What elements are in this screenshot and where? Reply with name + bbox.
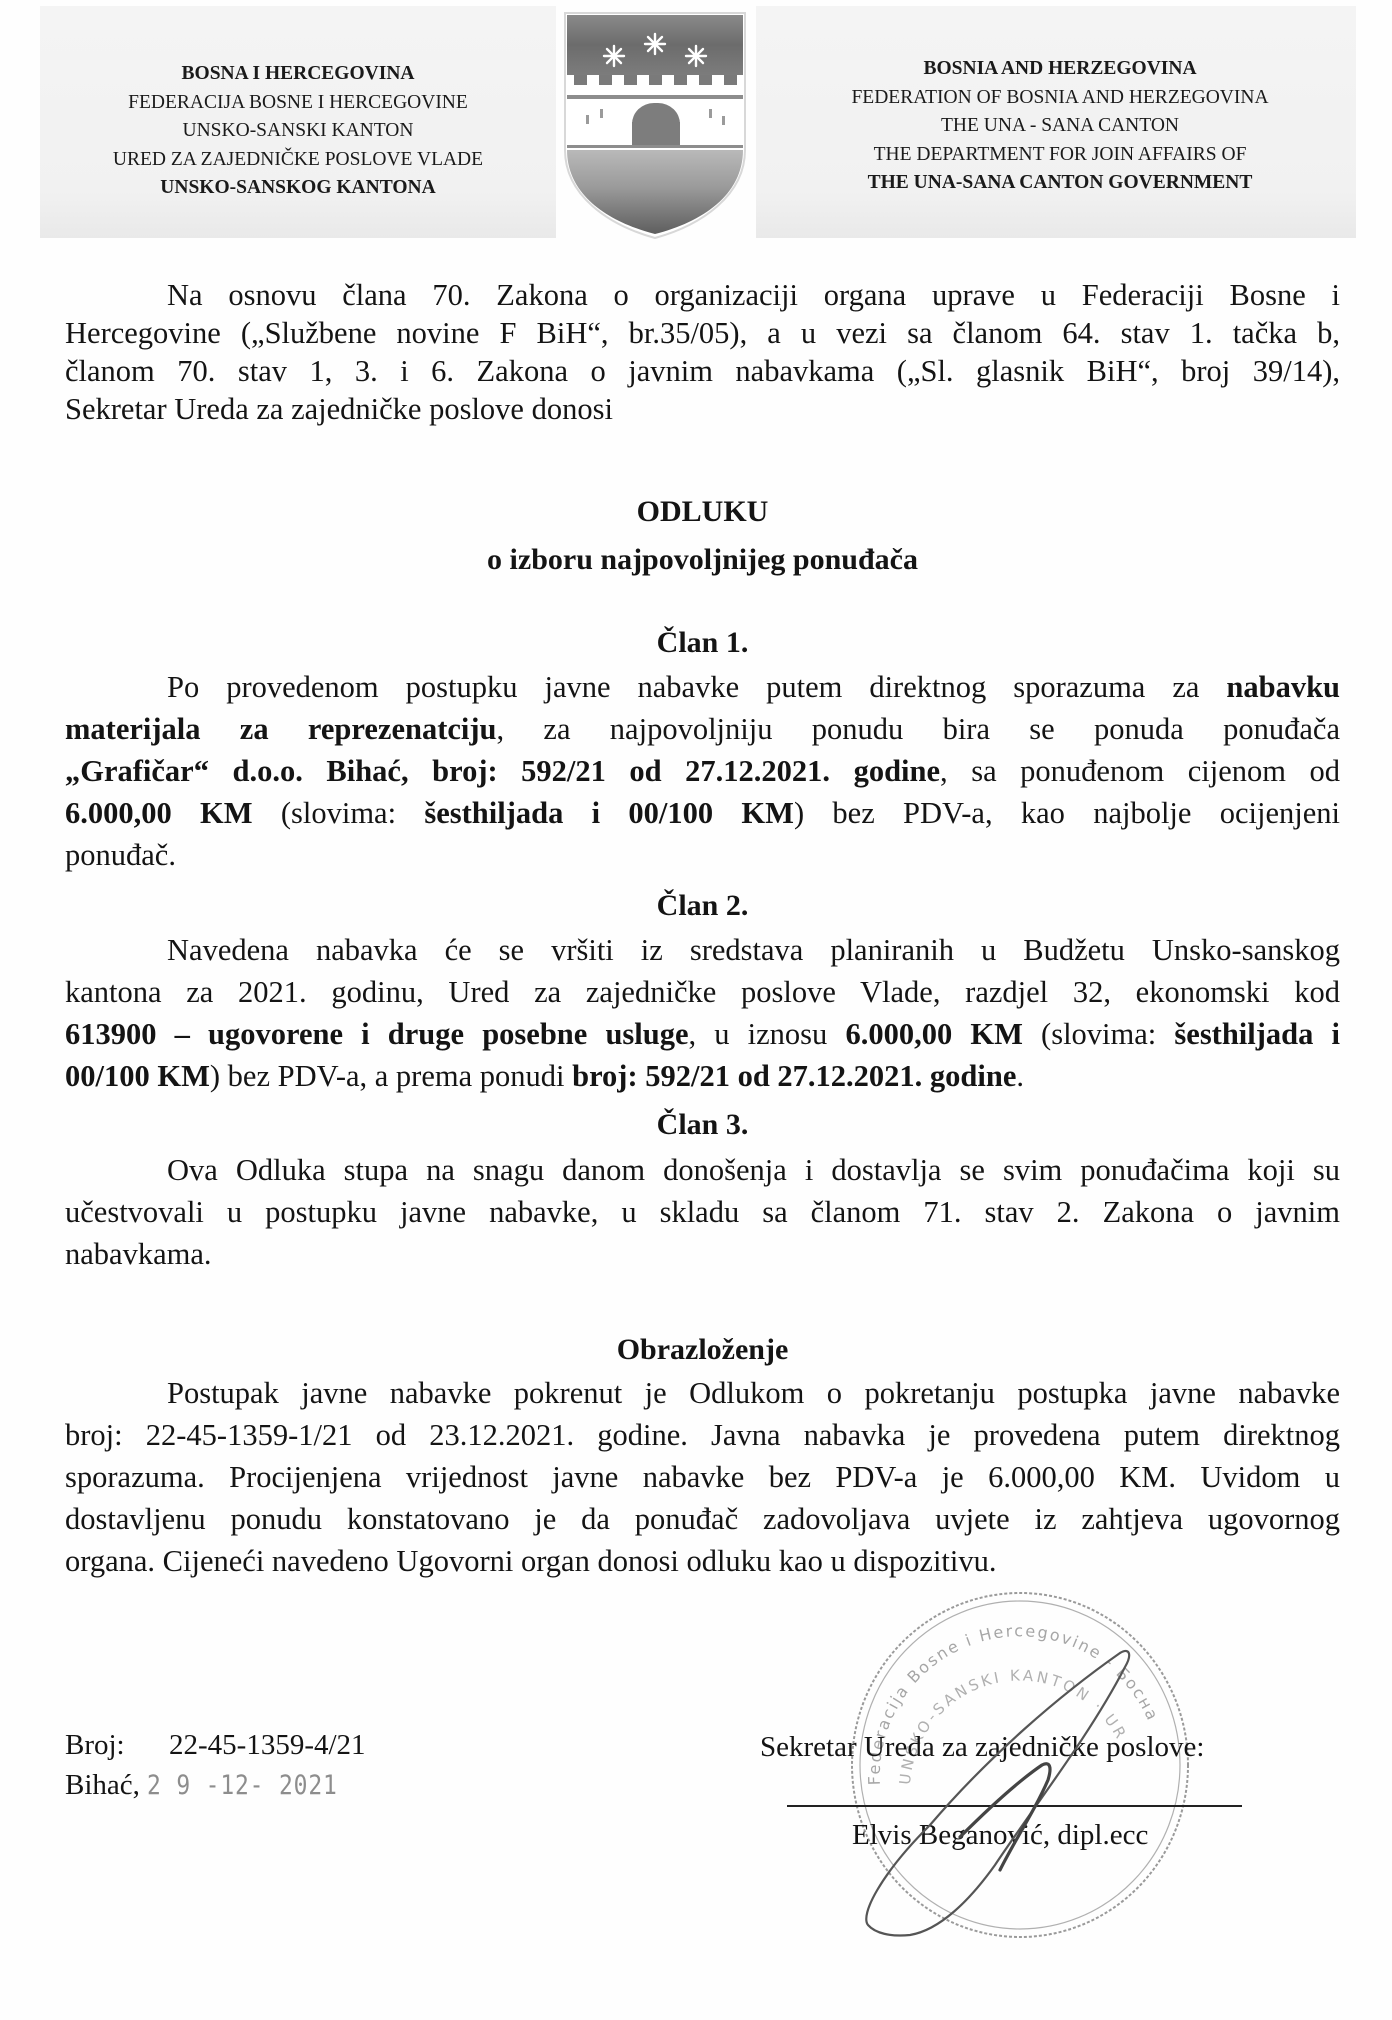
decision-subtitle: o izboru najpovoljnijeg ponuđača bbox=[65, 541, 1340, 579]
header-line: BOSNIA AND HERZEGOVINA bbox=[770, 55, 1350, 84]
text-line: sporazuma. Procijenjena vrijednost javne… bbox=[65, 1456, 1340, 1498]
text: (slovima: bbox=[253, 796, 425, 830]
text: Po provedenom postupku javne nabavke put… bbox=[167, 670, 1226, 704]
signature-line bbox=[787, 1805, 1242, 1807]
bold-text: 6.000,00 KM bbox=[845, 1017, 1022, 1051]
decision-title: ODLUKU bbox=[65, 493, 1340, 531]
place-label: Bihać, bbox=[65, 1769, 140, 1801]
signature-icon bbox=[820, 1575, 1220, 1975]
reference-number-row: Broj:22-45-1359-4/21 bbox=[65, 1725, 371, 1765]
text-line: Ova Odluka stupa na snagu danom donošenj… bbox=[65, 1149, 1340, 1191]
article-1-heading: Član 1. bbox=[65, 624, 1340, 662]
rationale-body: Postupak javne nabavke pokrenut je Odluk… bbox=[65, 1372, 1340, 1582]
text: ) bez PDV-a, kao najbolje ocijenjeni bbox=[794, 796, 1340, 830]
text-line: ponuđač. bbox=[65, 834, 1340, 876]
text: kantona za 2021. godinu, Ured za zajedni… bbox=[65, 975, 1340, 1009]
text-line: organa. Cijeneći navedeno Ugovorni organ… bbox=[65, 1540, 1340, 1582]
text-line: Na osnovu člana 70. Zakona o organizacij… bbox=[65, 276, 1340, 314]
text-line: Postupak javne nabavke pokrenut je Odluk… bbox=[65, 1372, 1340, 1414]
document-page: BOSNA I HERCEGOVINA FEDERACIJA BOSNE I H… bbox=[0, 0, 1392, 2020]
text: Navedena nabavka će se vršiti iz sredsta… bbox=[167, 933, 1340, 967]
header-line: URED ZA ZAJEDNIČKE POSLOVE VLADE bbox=[40, 146, 556, 175]
bold-text: šesthiljada i 00/100 KM bbox=[424, 796, 794, 830]
text: ) bez PDV-a, a prema ponudi bbox=[210, 1059, 572, 1093]
article-2-heading: Član 2. bbox=[65, 887, 1340, 925]
header-line: FEDERACIJA BOSNE I HERCEGOVINE bbox=[40, 89, 556, 118]
text: . bbox=[1016, 1059, 1024, 1093]
bold-text: materijala za reprezenatciju bbox=[65, 712, 496, 746]
coat-of-arms-icon bbox=[562, 10, 748, 240]
header-line: UNSKO-SANSKOG KANTONA bbox=[40, 174, 556, 203]
text-line: dostavljenu ponudu konstatovano je da po… bbox=[65, 1498, 1340, 1540]
bold-text: 00/100 KM bbox=[65, 1059, 210, 1093]
stamped-date: 2 9 -12- 2021 bbox=[147, 1766, 338, 1806]
text: učestvovali u postupku javne nabavke, u … bbox=[65, 1195, 1340, 1229]
text-line: Hercegovine („Službene novine F BiH“, br… bbox=[65, 314, 1340, 352]
header-local-language: BOSNA I HERCEGOVINA FEDERACIJA BOSNE I H… bbox=[40, 60, 556, 203]
bold-text: 613900 – ugovorene i druge posebne uslug… bbox=[65, 1017, 689, 1051]
rationale-heading: Obrazloženje bbox=[65, 1331, 1340, 1369]
text-line: „Grafičar“ d.o.o. Bihać, broj: 592/21 od… bbox=[65, 750, 1340, 792]
article-3-body: Ova Odluka stupa na snagu danom donošenj… bbox=[65, 1149, 1340, 1275]
article-3-heading: Član 3. bbox=[65, 1106, 1340, 1144]
article-1-body: Po provedenom postupku javne nabavke put… bbox=[65, 666, 1340, 876]
header-line: THE UNA-SANA CANTON GOVERNMENT bbox=[770, 169, 1350, 198]
text: , u iznosu bbox=[689, 1017, 846, 1051]
text-line: Sekretar Ureda za zajedničke poslove don… bbox=[65, 390, 1340, 428]
document-reference: Broj:22-45-1359-4/21 Bihać, 2 9 -12- 202… bbox=[65, 1725, 371, 1806]
signer-name: Elvis Beganović, dipl.ecc bbox=[852, 1815, 1148, 1855]
header-line: THE DEPARTMENT FOR JOIN AFFAIRS OF bbox=[770, 141, 1350, 170]
text: Ova Odluka stupa na snagu danom donošenj… bbox=[167, 1153, 1340, 1187]
reference-number-label: Broj: bbox=[65, 1725, 155, 1765]
text-line: 613900 – ugovorene i druge posebne uslug… bbox=[65, 1013, 1340, 1055]
bold-text: broj: 592/21 od 27.12.2021. godine bbox=[572, 1059, 1016, 1093]
text: (slovima: bbox=[1023, 1017, 1175, 1051]
header-line: UNSKO-SANSKI KANTON bbox=[40, 117, 556, 146]
header-line: FEDERATION OF BOSNIA AND HERZEGOVINA bbox=[770, 84, 1350, 113]
text: , sa ponuđenom cijenom od bbox=[940, 754, 1340, 788]
bold-text: 6.000,00 KM bbox=[65, 796, 253, 830]
text-line: članom 70. stav 1, 3. i 6. Zakona o javn… bbox=[65, 352, 1340, 390]
header-line: THE UNA - SANA CANTON bbox=[770, 112, 1350, 141]
header-line: BOSNA I HERCEGOVINA bbox=[40, 60, 556, 89]
signer-title: Sekretar Ureda za zajedničke poslove: bbox=[760, 1727, 1204, 1767]
reference-number-value: 22-45-1359-4/21 bbox=[155, 1729, 366, 1761]
article-2-body: Navedena nabavka će se vršiti iz sredsta… bbox=[65, 929, 1340, 1097]
text-line: kantona za 2021. godinu, Ured za zajedni… bbox=[65, 971, 1340, 1013]
text-line: Po provedenom postupku javne nabavke put… bbox=[65, 666, 1340, 708]
place-date-row: Bihać, 2 9 -12- 2021 bbox=[65, 1765, 371, 1806]
bold-text: nabavku bbox=[1226, 670, 1340, 704]
text-line: Navedena nabavka će se vršiti iz sredsta… bbox=[65, 929, 1340, 971]
header-english: BOSNIA AND HERZEGOVINA FEDERATION OF BOS… bbox=[770, 55, 1350, 198]
text-line: 00/100 KM) bez PDV-a, a prema ponudi bro… bbox=[65, 1055, 1340, 1097]
text-line: nabavkama. bbox=[65, 1233, 1340, 1275]
text: , za najpovoljniju ponudu bira se ponuda… bbox=[496, 712, 1340, 746]
text: ponuđač. bbox=[65, 838, 176, 872]
text-line: materijala za reprezenatciju, za najpovo… bbox=[65, 708, 1340, 750]
text-line: 6.000,00 KM (slovima: šesthiljada i 00/1… bbox=[65, 792, 1340, 834]
text: nabavkama. bbox=[65, 1237, 212, 1271]
text-line: broj: 22-45-1359-1/21 od 23.12.2021. god… bbox=[65, 1414, 1340, 1456]
bold-text: šesthiljada i bbox=[1174, 1017, 1340, 1051]
bold-text: „Grafičar“ d.o.o. Bihać, broj: 592/21 od… bbox=[65, 754, 940, 788]
text-line: učestvovali u postupku javne nabavke, u … bbox=[65, 1191, 1340, 1233]
intro-paragraph: Na osnovu člana 70. Zakona o organizacij… bbox=[65, 276, 1340, 428]
